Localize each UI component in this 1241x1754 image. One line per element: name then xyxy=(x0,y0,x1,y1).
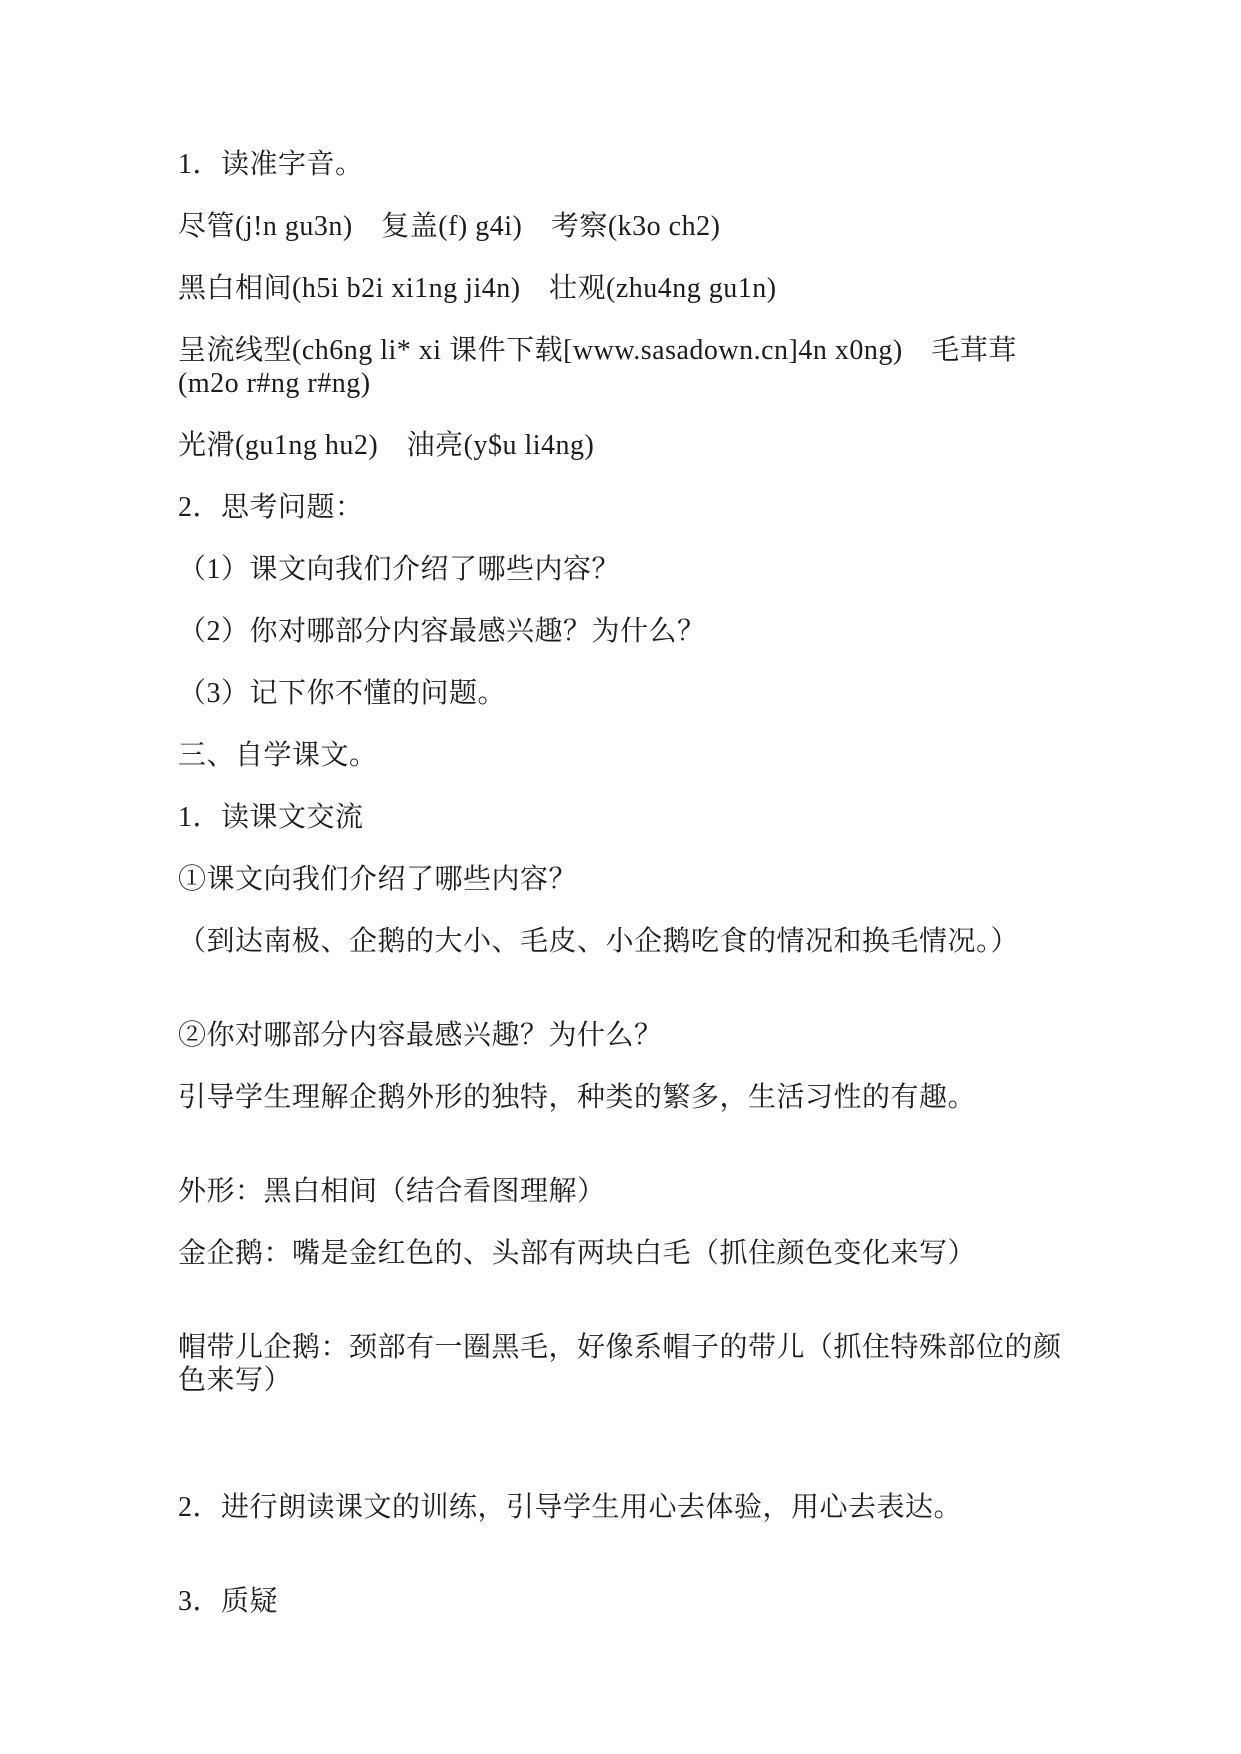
document-page: 1．读准字音。 尽管(j!n gu3n) 复盖(f) g4i) 考察(k3o c… xyxy=(0,0,1241,1754)
list-item-read-and-discuss: 1．读课文交流 xyxy=(178,801,1073,834)
pinyin-line-guanghua-youliang: 光滑(gu1ng hu2) 油亮(y$u li4ng) xyxy=(178,429,1073,462)
pinyin-line-jinguan-fugai-kaocha: 尽管(j!n gu3n) 复盖(f) g4i) 考察(k3o ch2) xyxy=(178,210,1073,243)
note-golden-penguin: 金企鹅：嘴是金红色的、头部有两块白毛（抓住颜色变化来写） xyxy=(178,1237,1073,1270)
question-item-2: （2）你对哪部分内容最感兴趣？为什么？ xyxy=(178,615,1073,648)
list-item-reading-training: 2．进行朗读课文的训练，引导学生用心去体验，用心去表达。 xyxy=(178,1491,1073,1524)
pinyin-line-heibaixiangjian-zhuangguan: 黑白相间(h5i b2i xi1ng ji4n) 壮观(zhu4ng gu1n) xyxy=(178,272,1073,305)
circled-question-2: ②你对哪部分内容最感兴趣？为什么？ xyxy=(178,1019,1073,1052)
pinyin-line-chengliuxianxing-maorongrong: 呈流线型(ch6ng li* xi 课件下载[www.sasadown.cn]4… xyxy=(178,334,1073,400)
note-chinstrap-penguin: 帽带儿企鹅：颈部有一圈黑毛，好像系帽子的带儿（抓住特殊部位的颜色来写） xyxy=(178,1331,1073,1397)
list-item-questioning: 3．质疑 xyxy=(178,1585,1073,1618)
note-appearance: 外形：黑白相间（结合看图理解） xyxy=(178,1175,1073,1208)
question-item-3: （3）记下你不懂的问题。 xyxy=(178,677,1073,710)
circled-question-1: ①课文向我们介绍了哪些内容？ xyxy=(178,863,1073,896)
teaching-guidance-note: 引导学生理解企鹅外形的独特，种类的繁多，生活习性的有趣。 xyxy=(178,1081,1073,1114)
answer-note-content-overview: （到达南极、企鹅的大小、毛皮、小企鹅吃食的情况和换毛情况。） xyxy=(178,925,1073,958)
list-item-think-questions: 2．思考问题： xyxy=(178,491,1073,524)
section-heading-self-study: 三、自学课文。 xyxy=(178,739,1073,772)
list-item-read-pronunciation: 1．读准字音。 xyxy=(178,148,1073,181)
question-item-1: （1）课文向我们介绍了哪些内容？ xyxy=(178,553,1073,586)
